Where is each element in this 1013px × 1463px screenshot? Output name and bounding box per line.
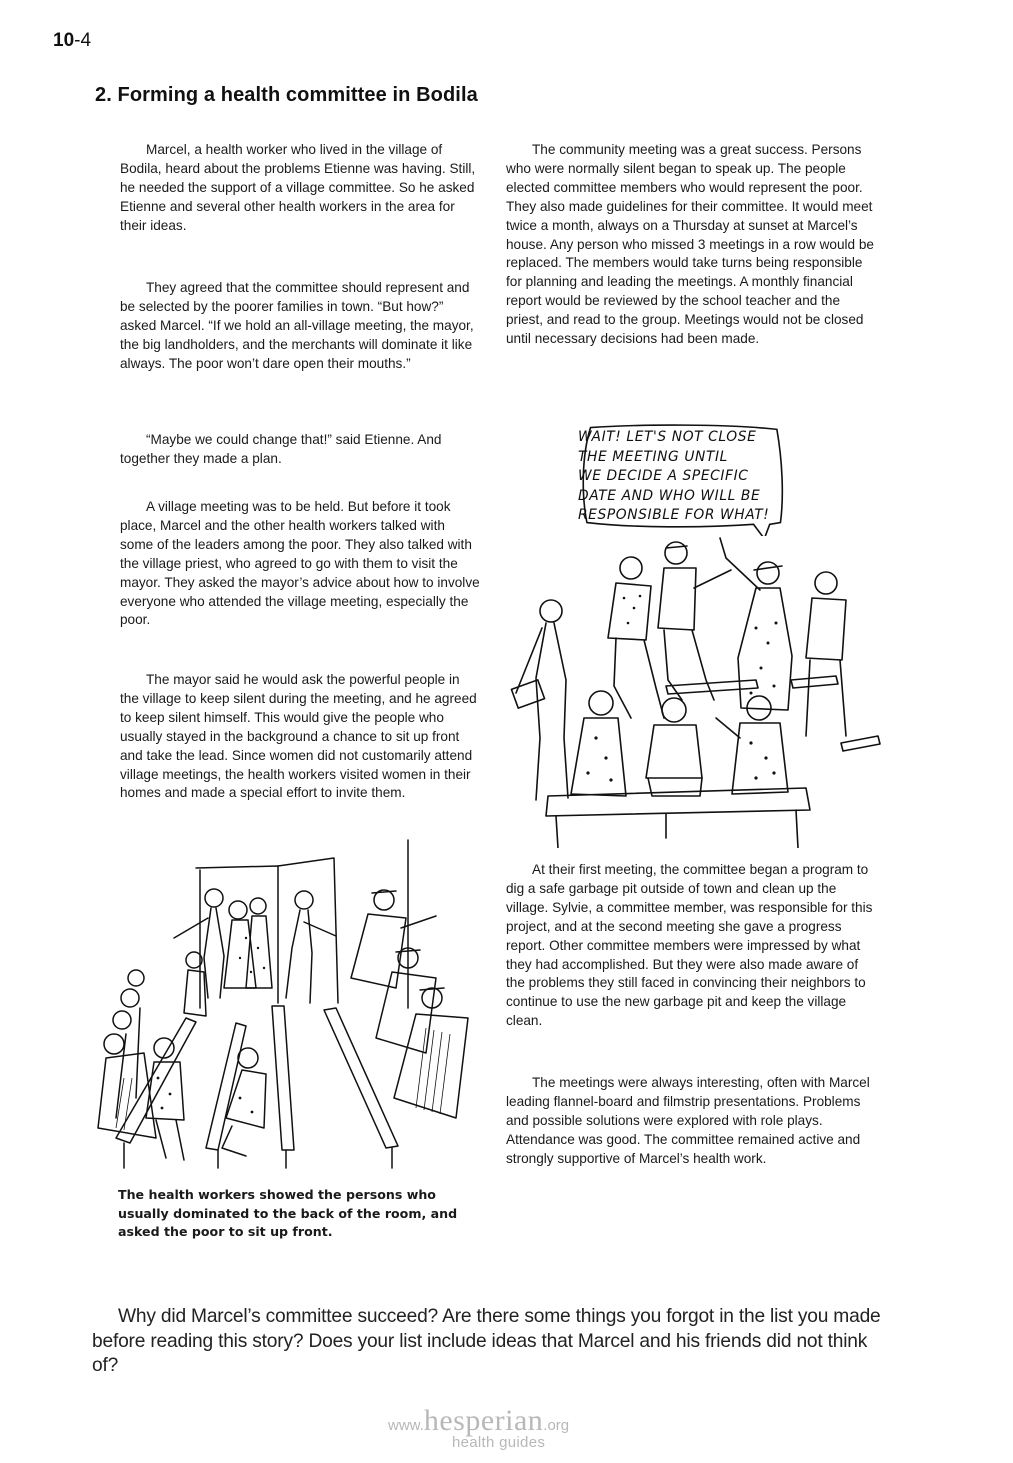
footer-brand: hesperian <box>424 1404 543 1437</box>
speech-line: Wait! Let's not close <box>578 428 790 448</box>
paragraph-etienne-plan: “Maybe we could change that!” said Etien… <box>120 431 480 469</box>
footer-www: www. <box>388 1417 424 1434</box>
speech-line: we decide a specific <box>578 467 790 487</box>
hesperian-footer-logo[interactable]: www.hesperian.org health guides <box>388 1404 628 1438</box>
page-number: 10-4 <box>53 30 91 52</box>
paragraph-first-meeting: At their first meeting, the committee be… <box>506 861 878 1031</box>
paragraph-marcel-intro: Marcel, a health worker who lived in the… <box>120 141 480 236</box>
page-subnumber: -4 <box>74 30 91 51</box>
speech-line: date and who will be <box>578 487 790 507</box>
footer-org: .org <box>543 1417 569 1434</box>
chapter-number: 10 <box>53 30 74 51</box>
paragraph-meetings-interesting: The meetings were always interesting, of… <box>506 1074 878 1169</box>
paragraph-committee-agreement: They agreed that the committee should re… <box>120 279 480 374</box>
paragraph-village-meeting: A village meeting was to be held. But be… <box>120 498 480 630</box>
section-title: 2. Forming a health committee in Bodila <box>95 84 478 107</box>
village-hall-drawing <box>96 838 476 1173</box>
speech-line: responsible for what! <box>578 506 790 526</box>
speech-bubble-text: Wait! Let's not close the meeting until … <box>578 428 790 526</box>
reflection-question: Why did Marcel’s committee succeed? Are … <box>92 1305 892 1379</box>
paragraph-mayor-silence: The mayor said he would ask the powerful… <box>120 671 480 803</box>
speech-line: the meeting until <box>578 448 790 468</box>
footer-tagline: health guides <box>452 1434 545 1451</box>
village-hall-illustration <box>96 838 476 1173</box>
hall-illustration-caption: The health workers showed the persons wh… <box>118 1186 458 1242</box>
paragraph-community-meeting: The community meeting was a great succes… <box>506 141 878 349</box>
